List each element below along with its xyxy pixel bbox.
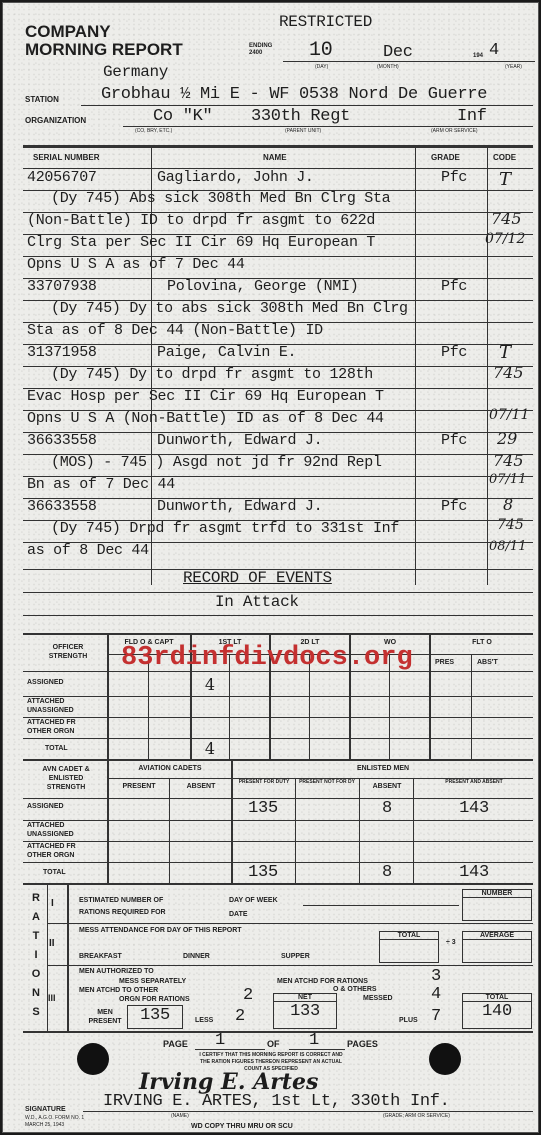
mess-total-box: TOTAL bbox=[379, 931, 439, 963]
plus-label: PLUS bbox=[399, 1017, 418, 1024]
rations-total-box: TOTAL 140 bbox=[462, 993, 532, 1029]
officer-1stlt-pres-total: 4 bbox=[193, 739, 227, 758]
entry-name: Gagliardo, John J. bbox=[157, 169, 314, 186]
net-value: 133 bbox=[274, 1002, 336, 1021]
org-caption-co: (CO, BRY, ETC.) bbox=[135, 128, 172, 134]
pages-label: PAGES bbox=[347, 1039, 378, 1049]
rations-section-iii: III bbox=[48, 993, 56, 1003]
enlisted-row-attached-unassigned: ATTACHED UNASSIGNED bbox=[27, 821, 97, 839]
org-caption-arm: (ARM OR SERVICE) bbox=[431, 128, 478, 134]
year-prefix: 194 bbox=[473, 53, 483, 59]
officer-1stlt-pres-assigned: 4 bbox=[193, 675, 227, 694]
enlisted-col-cadets-absent: ABSENT bbox=[171, 783, 231, 790]
entry-remark: (Dy 745) Drpd fr asgmt trfd to 331st Inf bbox=[51, 520, 399, 537]
enlisted-col-cadets-present: PRESENT bbox=[109, 783, 169, 790]
signer-name-grade: IRVING E. ARTES, 1st Lt, 330th Inf. bbox=[103, 1092, 450, 1111]
atchd-other-orgn-value: 2 bbox=[243, 986, 253, 1005]
ration-estimate-label2: RATIONS REQUIRED FOR bbox=[79, 909, 166, 916]
entry-remark: (Non-Battle) ID to drpd fr asgmt to 622d bbox=[27, 212, 375, 229]
parent-unit-value: 330th Regt bbox=[251, 107, 350, 126]
net-box: NET 133 bbox=[273, 993, 337, 1029]
report-month: Dec bbox=[383, 43, 413, 62]
country: Germany bbox=[103, 63, 168, 81]
record-of-events-text: In Attack bbox=[215, 593, 299, 611]
entry-grade: Pfc bbox=[441, 432, 467, 449]
mess-average-box: AVERAGE bbox=[462, 931, 532, 963]
record-of-events-title: RECORD OF EVENTS bbox=[183, 569, 332, 587]
entry-remark: (Dy 745) Dy to abs sick 308th Med Bn Clr… bbox=[51, 300, 408, 317]
officer-row-attached-unassigned: ATTACHED UNASSIGNED bbox=[27, 697, 97, 715]
rations-section-i: I bbox=[51, 898, 54, 909]
entry-code: T bbox=[499, 169, 511, 190]
binder-hole-left bbox=[77, 1043, 109, 1075]
grade-caption: (GRADE; ARM OR SERVICE) bbox=[383, 1113, 450, 1119]
form-title-line2: MORNING REPORT bbox=[25, 41, 183, 59]
enlisted-col-present-and-absent: PRESENT AND ABSENT bbox=[415, 779, 533, 786]
entry-grade: Pfc bbox=[441, 344, 467, 361]
col-serial-header: SERIAL NUMBER bbox=[33, 153, 100, 162]
ration-date-label: DATE bbox=[229, 911, 248, 918]
entry-remark: as of 8 Dec 44 bbox=[27, 542, 149, 559]
others-messed-label1: O & OTHERS bbox=[333, 986, 377, 993]
officer-strength-title: OFFICER STRENGTH bbox=[33, 643, 103, 661]
watermark: 83rdinfdivdocs.org bbox=[121, 643, 413, 673]
officer-row-total: TOTAL bbox=[45, 745, 68, 752]
arm-value: Inf bbox=[457, 107, 487, 126]
entry-name: Paige, Calvin E. bbox=[157, 344, 296, 361]
enlisted-col-present-not-for-duty: PRESENT NOT FOR DY bbox=[297, 779, 357, 786]
signature-label: SIGNATURE bbox=[25, 1106, 66, 1113]
enlisted-strength-title: AVN CADET & ENLISTED STRENGTH bbox=[31, 765, 101, 792]
atchd-other-orgn-label1: MEN ATCHD TO OTHER bbox=[79, 987, 158, 994]
entry-remark: Clrg Sta per Sec II Cir 69 Hq European T bbox=[27, 234, 375, 251]
enlisted-col-present-for-duty: PRESENT FOR DUTY bbox=[235, 779, 293, 786]
month-caption: (MONTH) bbox=[377, 64, 399, 70]
form-identifier: W.D., A.G.O. FORM NO. 1MARCH 25, 1943 bbox=[25, 1115, 115, 1129]
officer-group-flt-o: FLT O bbox=[431, 639, 533, 646]
report-year-digit: 4 bbox=[489, 41, 499, 60]
name-caption: (NAME) bbox=[171, 1113, 189, 1119]
entry-remark: (Dy 745) Abs sick 308th Med Bn Clrg Sta bbox=[51, 190, 390, 207]
entry-code: 07/11 bbox=[489, 472, 526, 487]
atchd-other-orgn-label2: ORGN FOR RATIONS bbox=[119, 996, 190, 1003]
officer-subcol-pres: PRES bbox=[435, 659, 454, 666]
atchd-for-rations-label: MEN ATCHD FOR RATIONS bbox=[277, 978, 368, 985]
classification-stamp: RESTRICTED bbox=[279, 13, 372, 31]
officer-row-assigned: ASSIGNED bbox=[27, 679, 64, 686]
officer-subcol-abst: ABS'T bbox=[477, 659, 498, 666]
station-value: Grobhau ½ Mi E - WF 0538 Nord De Guerre bbox=[101, 85, 487, 104]
entry-remark: Evac Hosp per Sec II Cir 69 Hq European … bbox=[27, 388, 384, 405]
page-label: PAGE bbox=[163, 1039, 188, 1049]
entry-remark: Opns U S A as of 7 Dec 44 bbox=[27, 256, 245, 273]
routing-note: WD COPY THRU MRU OR SCU bbox=[191, 1123, 293, 1130]
report-day: 10 bbox=[309, 39, 332, 62]
enlisted-total-present-and-absent: 143 bbox=[415, 863, 533, 882]
ration-day-of-week-label: DAY OF WEEK bbox=[229, 897, 278, 904]
entry-remark: Bn as of 7 Dec 44 bbox=[27, 476, 175, 493]
enlisted-group-enlisted-men: ENLISTED MEN bbox=[233, 765, 533, 772]
entry-name: Dunworth, Edward J. bbox=[157, 498, 322, 515]
enlisted-row-attached-other: ATTACHED FR OTHER ORGN bbox=[27, 842, 97, 860]
page-value: 1 bbox=[215, 1031, 225, 1050]
enlisted-assigned-absent: 8 bbox=[361, 799, 413, 818]
ration-estimate-label1: ESTIMATED NUMBER OF bbox=[79, 897, 163, 904]
organization-label: ORGANIZATION bbox=[25, 116, 86, 125]
mess-attendance-title: MESS ATTENDANCE FOR DAY OF THIS REPORT bbox=[79, 927, 242, 934]
form-title: COMPANY MORNING REPORT bbox=[25, 23, 183, 59]
enlisted-row-total: TOTAL bbox=[43, 869, 66, 876]
mess-separately-label1: MEN AUTHORIZED TO bbox=[79, 968, 154, 975]
rations-total-value: 140 bbox=[463, 1002, 531, 1021]
entry-grade: Pfc bbox=[441, 169, 467, 186]
others-messed-value: 4 bbox=[431, 985, 441, 1004]
ration-number-box: NUMBER bbox=[462, 889, 532, 921]
enlisted-assigned-present-and-absent: 143 bbox=[415, 799, 533, 818]
binder-hole-right bbox=[429, 1043, 461, 1075]
col-grade-header: GRADE bbox=[431, 153, 460, 162]
men-present-value: 135 bbox=[127, 1005, 183, 1029]
col-code-header: CODE bbox=[493, 153, 516, 162]
company-value: Co "K" bbox=[153, 107, 212, 126]
enlisted-group-aviation-cadets: AVIATION CADETS bbox=[109, 765, 231, 772]
entry-serial: 42056707 bbox=[27, 169, 97, 186]
officer-row-attached-other: ATTACHED FR OTHER ORGN bbox=[27, 718, 97, 736]
entry-grade: Pfc bbox=[441, 278, 467, 295]
day-caption: (DAY) bbox=[315, 64, 328, 70]
rations-side-label: RATIONS bbox=[29, 889, 43, 1022]
year-caption: (YEAR) bbox=[505, 64, 522, 70]
men-present-label: MEN PRESENT bbox=[83, 1008, 127, 1026]
entry-serial: 31371958 bbox=[27, 344, 97, 361]
form-title-line1: COMPANY bbox=[25, 23, 183, 41]
entry-serial: 36633558 bbox=[27, 432, 97, 449]
enlisted-total-present-for-duty: 135 bbox=[233, 863, 293, 882]
mess-divisor: ÷ 3 bbox=[446, 939, 456, 946]
col-name-header: NAME bbox=[263, 153, 287, 162]
enlisted-col-absent: ABSENT bbox=[361, 783, 413, 790]
enlisted-row-assigned: ASSIGNED bbox=[27, 803, 64, 810]
of-value: 1 bbox=[309, 1031, 319, 1050]
entry-serial: 36633558 bbox=[27, 498, 97, 515]
others-messed-label2: MESSED bbox=[363, 995, 393, 1002]
org-caption-parent: (PARENT UNIT) bbox=[285, 128, 321, 134]
entry-remark: Opns U S A (Non-Battle) ID as of 8 Dec 4… bbox=[27, 410, 384, 427]
entry-grade: Pfc bbox=[441, 498, 467, 515]
mess-breakfast-label: BREAKFAST bbox=[79, 953, 122, 960]
entry-code: T bbox=[499, 342, 511, 363]
entry-remark: Sta as of 8 Dec 44 (Non-Battle) ID bbox=[27, 322, 323, 339]
entry-name: Dunworth, Edward J. bbox=[157, 432, 322, 449]
entry-serial: 33707938 bbox=[27, 278, 97, 295]
mess-supper-label: SUPPER bbox=[281, 953, 310, 960]
less-label: LESS bbox=[195, 1017, 213, 1024]
mess-separately-label2: MESS SEPARATELY bbox=[119, 978, 186, 985]
entry-remark: (MOS) - 745 ) Asgd not jd fr 92nd Repl bbox=[51, 454, 382, 471]
mess-dinner-label: DINNER bbox=[183, 953, 210, 960]
enlisted-assigned-present-for-duty: 135 bbox=[233, 799, 293, 818]
atchd-for-rations-value: 3 bbox=[431, 967, 441, 986]
station-label: STATION bbox=[25, 95, 59, 104]
rations-section-ii: II bbox=[49, 938, 55, 949]
plus-value: 7 bbox=[431, 1007, 441, 1026]
enlisted-total-absent: 8 bbox=[361, 863, 413, 882]
of-label: OF bbox=[267, 1039, 280, 1049]
entry-remark: (Dy 745) Dy to drpd fr asgmt to 128th bbox=[51, 366, 373, 383]
morning-report-document: COMPANY MORNING REPORT RESTRICTED ENDING… bbox=[2, 2, 539, 1133]
less-value: 2 bbox=[235, 1007, 245, 1026]
entry-name: Polovina, George (NMI) bbox=[167, 278, 358, 295]
ending-label: ENDING 2400 bbox=[249, 43, 279, 57]
